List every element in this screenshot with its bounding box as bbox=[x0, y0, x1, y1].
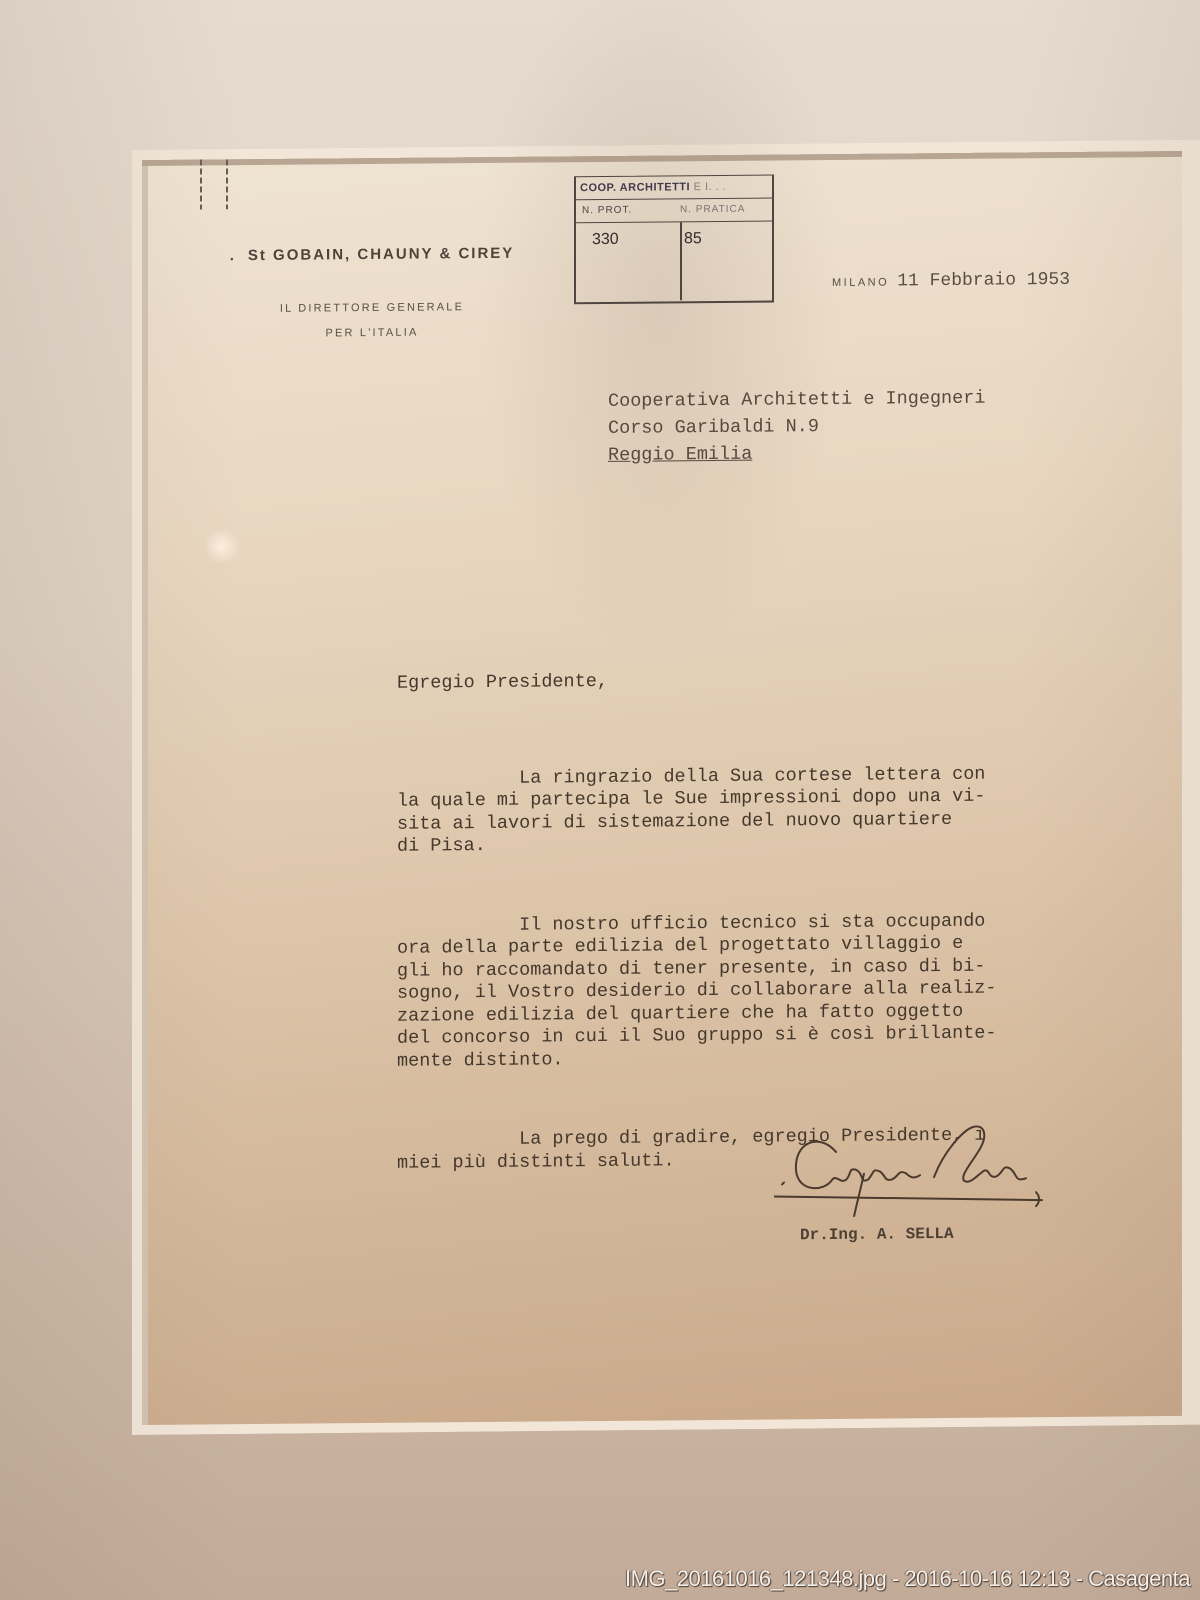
letter-date: 11 Febbraio 1953 bbox=[897, 270, 1070, 292]
letterhead: .St GOBAIN, CHAUNY & CIREY IL DIRETTORE … bbox=[182, 244, 562, 347]
paragraph: Il nostro ufficio tecnico si sta occupan… bbox=[397, 909, 1137, 1073]
director-title: IL DIRETTORE GENERALE PER L'ITALIA bbox=[182, 294, 562, 347]
stamp-headers: N. PROT. N. PRATICA bbox=[576, 199, 772, 224]
dateline: MILANO11 Febbraio 1953 bbox=[832, 270, 1070, 292]
light-glare bbox=[202, 529, 242, 563]
stamp-col-pratica: N. PRATICA bbox=[674, 199, 772, 222]
recipient-address: Cooperativa Architetti e Ingegneri Corso… bbox=[608, 385, 985, 469]
city: MILANO bbox=[832, 276, 889, 288]
stamp-title: COOP. ARCHITETTI E I. . . bbox=[576, 176, 772, 201]
fold-mark bbox=[226, 159, 228, 209]
stamp-values: 330 85 bbox=[576, 222, 772, 302]
photo-caption: IMG_20161016_121348.jpg - 2016-10-16 12:… bbox=[625, 1566, 1190, 1592]
salutation: Egregio Presidente, bbox=[397, 666, 1137, 695]
framed-letter: .St GOBAIN, CHAUNY & CIREY IL DIRETTORE … bbox=[142, 151, 1182, 1425]
prot-number: 330 bbox=[576, 222, 680, 301]
company-name: .St GOBAIN, CHAUNY & CIREY bbox=[182, 244, 562, 264]
protocol-stamp: COOP. ARCHITETTI E I. . . N. PROT. N. PR… bbox=[574, 174, 774, 304]
fold-mark bbox=[200, 159, 202, 209]
paragraph: La ringrazio della Sua cortese lettera c… bbox=[397, 762, 1137, 858]
handwritten-signature bbox=[774, 1120, 1054, 1217]
stamp-col-prot: N. PROT. bbox=[576, 199, 674, 222]
pratica-number: 85 bbox=[680, 222, 772, 301]
signer-name: Dr.Ing. A. SELLA bbox=[800, 1225, 954, 1244]
